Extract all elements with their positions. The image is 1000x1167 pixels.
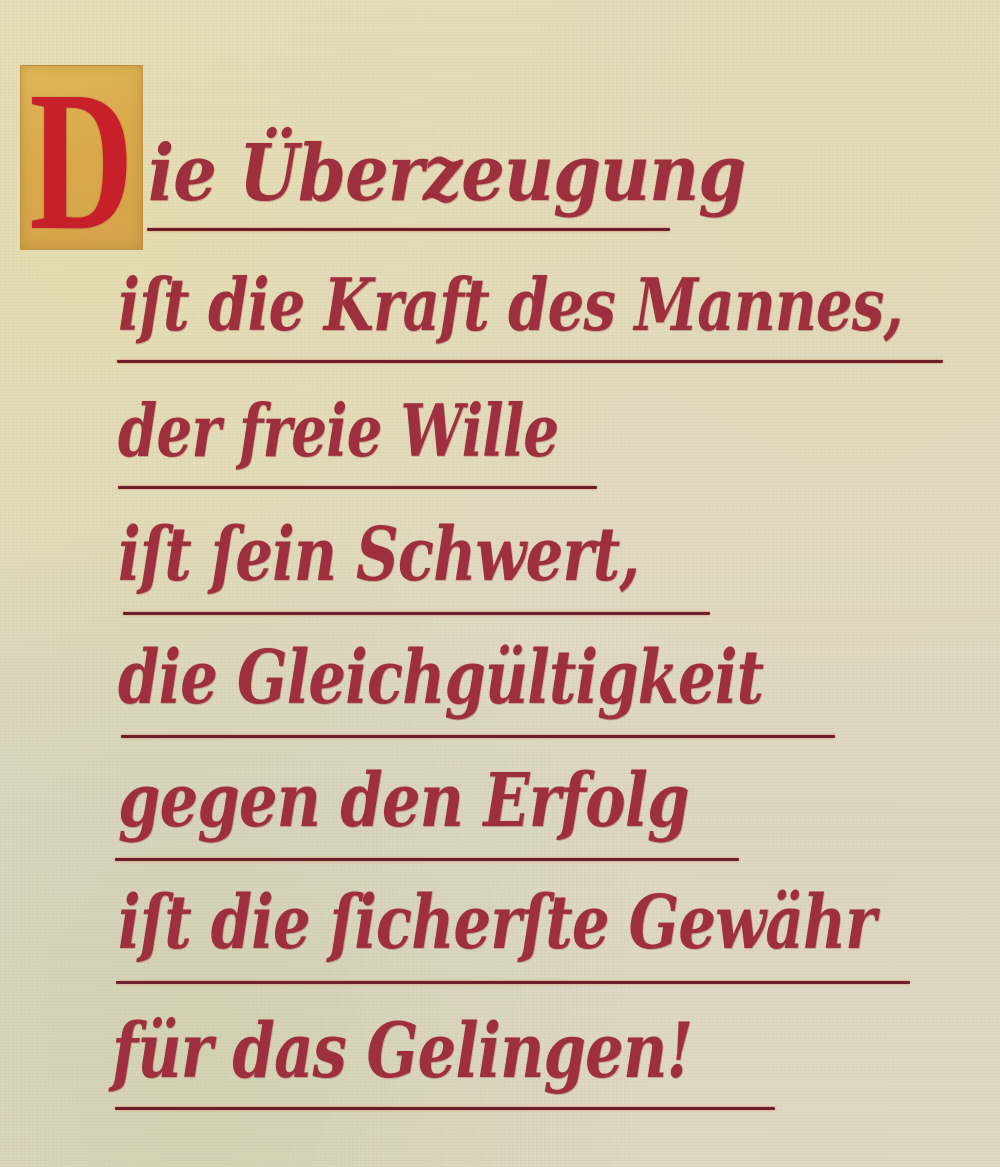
verse-line-1: ie Überzeugung <box>148 128 745 219</box>
verse-line-3: der freie Wille <box>118 388 558 473</box>
ruling-line-6 <box>115 858 739 861</box>
manuscript-page: D ie Überzeugung iſt die Kraft des Manne… <box>0 0 1000 1167</box>
ruling-line-1 <box>147 228 670 231</box>
verse-line-7: iſt die ſicherſte Gewähr <box>118 880 876 966</box>
verse-line-5: die Gleichgültigkeit <box>118 635 763 721</box>
ruling-line-5 <box>121 735 835 738</box>
initial-letter-d: D <box>38 70 125 253</box>
verse-line-2: iſt die Kraft des Mannes, <box>118 262 903 347</box>
ruling-line-2 <box>117 360 943 363</box>
ruling-line-7 <box>116 981 910 984</box>
verse-line-4: iſt ſein Schwert, <box>118 512 639 598</box>
verse-line-6: gegen den Erfolg <box>118 758 689 844</box>
verse-line-8: für das Gelingen! <box>112 1006 692 1095</box>
illuminated-initial: D <box>20 65 143 250</box>
ruling-line-8 <box>115 1107 775 1110</box>
ruling-line-3 <box>118 486 597 489</box>
ruling-line-4 <box>123 612 710 615</box>
